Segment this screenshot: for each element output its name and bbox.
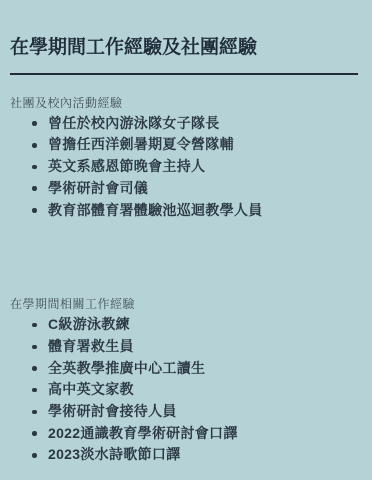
bullet-icon xyxy=(32,410,37,415)
bullet-icon xyxy=(32,366,37,371)
list-item: C級游泳教練 xyxy=(10,314,358,336)
section-heading: 社團及校內活動經驗 xyxy=(10,95,358,111)
list-item: 2023淡水詩歌節口譯 xyxy=(10,444,358,466)
bullet-icon xyxy=(32,388,37,393)
bullet-icon xyxy=(32,186,37,191)
list-item-text: 2022通識教育學術研討會口譯 xyxy=(48,425,238,441)
section-heading: 在學期間相關工作經驗 xyxy=(10,296,358,312)
list-item-text: C級游泳教練 xyxy=(48,316,130,332)
bullet-icon xyxy=(32,121,37,126)
list-item: 2022通識教育學術研討會口譯 xyxy=(10,423,358,445)
bullet-icon xyxy=(32,323,37,328)
list-item-text: 2023淡水詩歌節口譯 xyxy=(48,446,180,462)
bullet-icon xyxy=(32,208,37,213)
list-item: 曾擔任西洋劍暑期夏令營隊輔 xyxy=(10,134,358,156)
title-divider xyxy=(10,73,358,75)
bullet-icon xyxy=(32,453,37,458)
list-item-text: 學術研討會司儀 xyxy=(48,180,148,196)
list-item: 教育部體育署體驗池巡迴教學人員 xyxy=(10,200,358,222)
list-item: 學術研討會接待人員 xyxy=(10,401,358,423)
list-item-text: 曾任於校內游泳隊女子隊長 xyxy=(48,115,220,131)
page-title: 在學期間工作經驗及社團經驗 xyxy=(10,36,358,60)
bullet-icon xyxy=(32,431,37,436)
list-item: 全英教學推廣中心工讀生 xyxy=(10,358,358,380)
bullet-icon xyxy=(32,165,37,170)
list-item: 體育署救生員 xyxy=(10,336,358,358)
bullet-list: C級游泳教練體育署救生員全英教學推廣中心工讀生高中英文家教學術研討會接待人員20… xyxy=(10,314,358,466)
list-item-text: 教育部體育署體驗池巡迴教學人員 xyxy=(48,202,263,218)
resume-slide: 在學期間工作經驗及社團經驗 社團及校內活動經驗 曾任於校內游泳隊女子隊長曾擔任西… xyxy=(0,0,372,480)
bullet-icon xyxy=(32,143,37,148)
section-club-activities: 社團及校內活動經驗 曾任於校內游泳隊女子隊長曾擔任西洋劍暑期夏令營隊輔英文系感恩… xyxy=(10,95,358,222)
list-item-text: 學術研討會接待人員 xyxy=(48,403,177,419)
bullet-list: 曾任於校內游泳隊女子隊長曾擔任西洋劍暑期夏令營隊輔英文系感恩節晚會主持人學術研討… xyxy=(10,113,358,222)
list-item: 英文系感恩節晚會主持人 xyxy=(10,156,358,178)
list-item: 高中英文家教 xyxy=(10,379,358,401)
bullet-icon xyxy=(32,345,37,350)
list-item-text: 高中英文家教 xyxy=(48,381,134,397)
list-item-text: 全英教學推廣中心工讀生 xyxy=(48,360,205,376)
list-item: 曾任於校內游泳隊女子隊長 xyxy=(10,113,358,135)
list-item-text: 體育署救生員 xyxy=(48,338,134,354)
list-item-text: 英文系感恩節晚會主持人 xyxy=(48,158,205,174)
list-item: 學術研討會司儀 xyxy=(10,178,358,200)
section-work-experience: 在學期間相關工作經驗 C級游泳教練體育署救生員全英教學推廣中心工讀生高中英文家教… xyxy=(10,296,358,466)
list-item-text: 曾擔任西洋劍暑期夏令營隊輔 xyxy=(48,136,234,152)
